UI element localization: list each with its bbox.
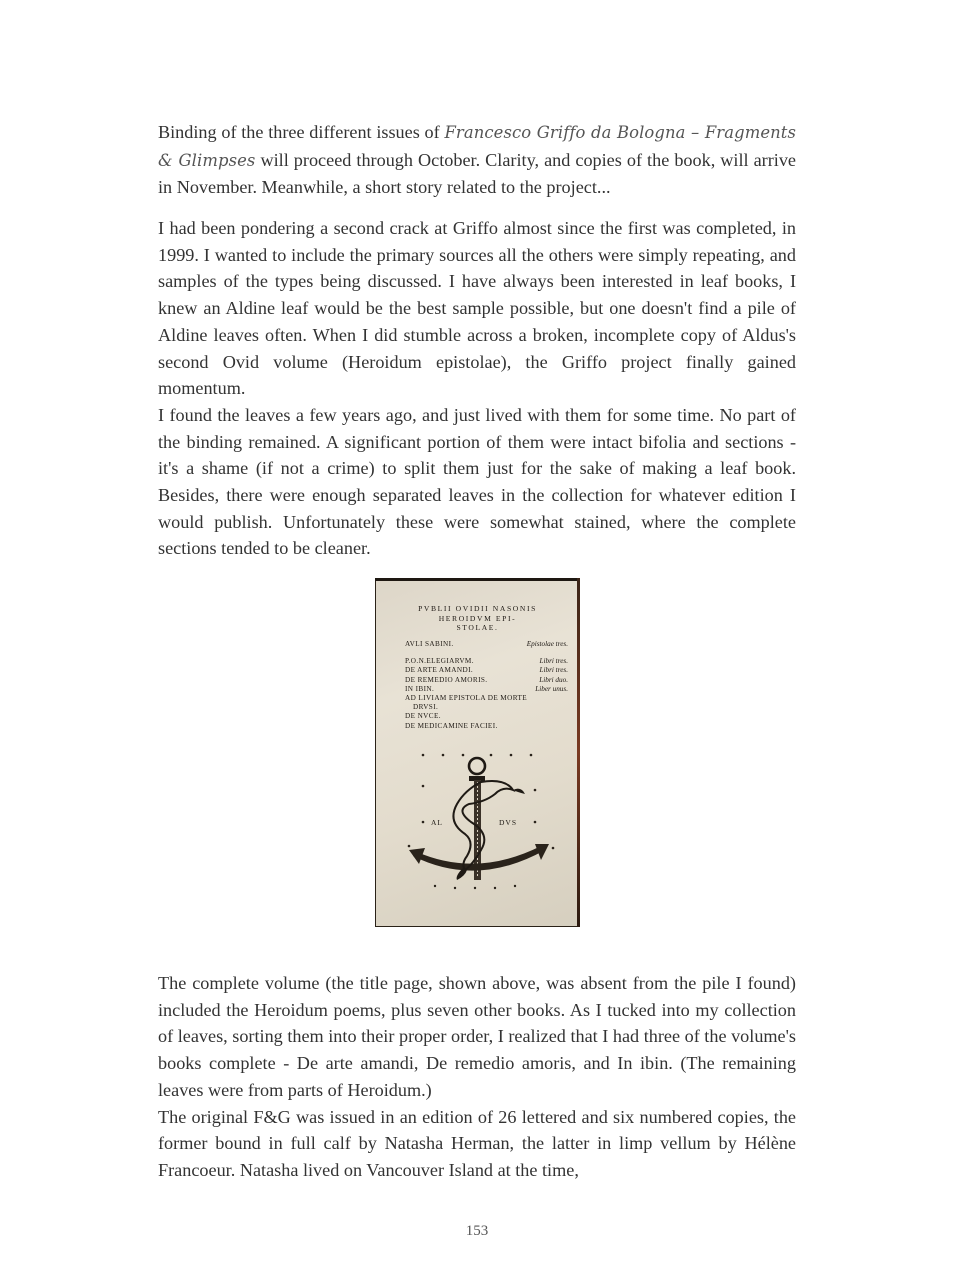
figure-contents-row: P.O.N.ELEGIARVM.Libri tres. [405, 657, 568, 666]
figure-title-line: HEROIDVM EPI- [375, 614, 580, 624]
intro-paragraph-block: Binding of the three different issues of… [158, 119, 796, 201]
row-right: Libri tres. [540, 666, 569, 675]
story-paragraphs-before-figure: I had been pondering a second crack at G… [158, 215, 796, 562]
row-left: DE REMEDIO AMORIS. [405, 676, 487, 685]
page-number: 153 [0, 1223, 954, 1240]
figure-contents-row: DE ARTE AMANDI.Libri tres. [405, 666, 568, 675]
figure-contents-row: DE REMEDIO AMORIS.Libri duo. [405, 676, 568, 685]
figure-contents-row: AVLI SABINI.Epistolae tres. [405, 640, 568, 649]
paragraph: I found the leaves a few years ago, and … [158, 402, 796, 562]
figure-title-text: PVBLII OVIDII NASONIS HEROIDVM EPI- STOL… [375, 604, 580, 633]
row-right: Epistolae tres. [527, 640, 568, 649]
intro-text-start: Binding of the three different issues of [158, 122, 444, 142]
figure-extra-line: DRVSI. [405, 703, 568, 712]
paragraph: The complete volume (the title page, sho… [158, 970, 796, 1104]
row-right: Libri tres. [540, 657, 569, 666]
row-right: Liber unus. [535, 685, 568, 694]
row-left: AVLI SABINI. [405, 640, 454, 649]
figure-contents-row: IN IBIN.Liber unus. [405, 685, 568, 694]
paragraph: I had been pondering a second crack at G… [158, 215, 796, 402]
figure-contents: AVLI SABINI.Epistolae tres. P.O.N.ELEGIA… [405, 640, 568, 731]
figure-extra-line: DE MEDICAMINE FACIEI. [405, 722, 568, 731]
row-left: P.O.N.ELEGIARVM. [405, 657, 474, 666]
document-page: Binding of the three different issues of… [0, 0, 954, 1276]
story-paragraphs-after-figure: The complete volume (the title page, sho… [158, 970, 796, 1184]
figure-title-line: STOLAE. [375, 623, 580, 633]
device-text-left: AL [431, 818, 443, 827]
row-left: DE ARTE AMANDI. [405, 666, 473, 675]
paragraph: The original F&G was issued in an editio… [158, 1104, 796, 1184]
row-left: IN IBIN. [405, 685, 434, 694]
aldine-title-page-image: PVBLII OVIDII NASONIS HEROIDVM EPI- STOL… [375, 578, 580, 927]
intro-paragraph: Binding of the three different issues of… [158, 119, 796, 201]
device-text-right: DVS [499, 818, 517, 827]
figure-extra-line: DE NVCE. [405, 712, 568, 721]
anchor-dolphin-device-icon: AL DVS [395, 738, 565, 918]
row-right: Libri duo. [539, 676, 568, 685]
figure-title-line: PVBLII OVIDII NASONIS [375, 604, 580, 614]
figure-extra-line: AD LIVIAM EPISTOLA DE MORTE [405, 694, 568, 703]
